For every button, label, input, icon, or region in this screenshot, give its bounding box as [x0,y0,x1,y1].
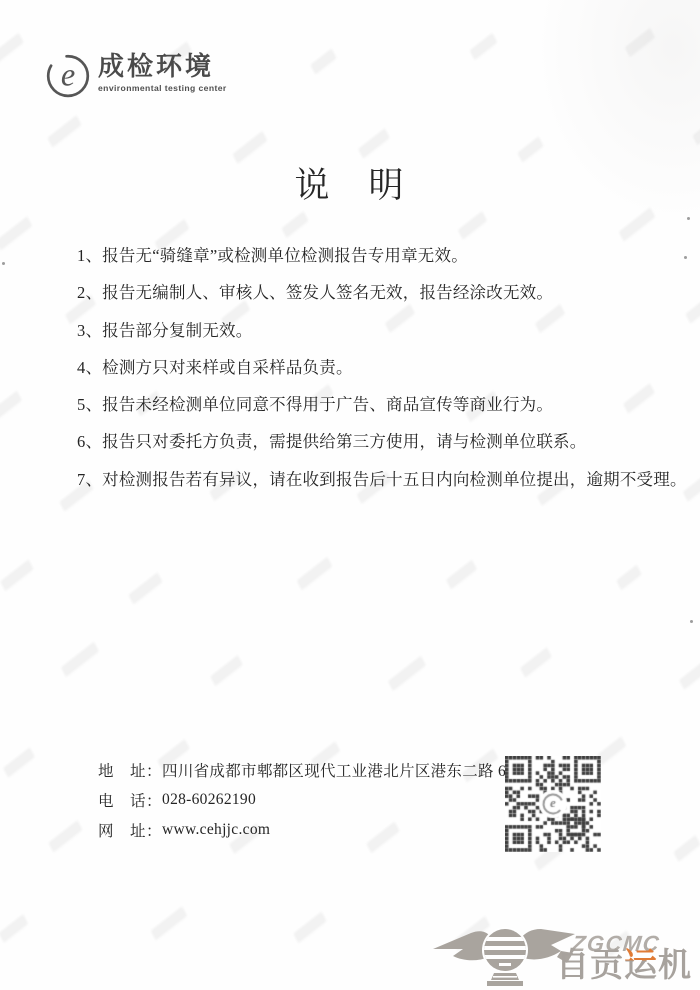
logo-subtitle: environmental testing center [98,83,227,93]
zgcmc-watermark: ZGCMC 自贡运机 [425,922,700,990]
contact-address-row: 地 址： 四川省成都市郫都区现代工业港北片区港东二路 639 号 [98,755,542,785]
scan-ghost-mark [520,647,552,678]
scan-ghost-mark [674,835,700,862]
website-label: 网 址： [98,819,162,841]
scan-ghost-mark [618,207,655,241]
scan-ghost-mark [0,914,28,943]
scan-ghost-mark [469,32,497,60]
scan-ghost-mark [358,128,390,159]
scan-ghost-mark [685,297,700,324]
note-item-1: 1、报告无“骑缝章”或检测单位检测报告专用章无效。 [77,246,657,266]
scan-ghost-mark [446,559,477,589]
scan-ghost-mark [597,736,627,765]
e-circle-icon: e [44,50,92,100]
note-item-7: 7、对检测报告若有异议，请在收到报告后十五日内向检测单位提出，逾期不受理。 [77,470,657,490]
scan-ghost-mark [0,217,33,251]
address-value: 四川省成都市郫都区现代工业港北片区港东二路 639 号 [162,759,542,781]
watermark-name-post: 机 [658,946,692,983]
svg-text:e: e [61,56,75,92]
scan-ghost-mark [150,907,186,941]
scan-ghost-mark [3,747,35,778]
scan-ghost-mark [47,115,81,147]
page-title: 说 明 [0,158,700,208]
company-logo: e 成检环境 environmental testing center [44,50,227,106]
scan-speck [2,262,5,265]
winged-winch-emblem-icon [425,925,577,987]
logo-company-name: 成检环境 [98,52,227,82]
scan-ghost-mark [128,572,162,605]
scan-speck [690,620,693,623]
qr-code [505,756,601,852]
scan-ghost-mark [458,212,487,241]
contact-block: 地 址： 四川省成都市郫都区现代工业港北片区港东二路 639 号 电 话： 02… [98,755,542,845]
scanned-report-notes-page: e 成检环境 environmental testing center 说 明 … [0,0,700,990]
scan-ghost-mark [616,565,642,591]
scan-ghost-mark [48,820,82,852]
scan-ghost-mark [293,912,326,944]
phone-label: 电 话： [98,789,162,811]
scan-ghost-mark [61,642,99,678]
watermark-company-name: 自贡运机 [556,948,692,981]
website-value: www.cehjjc.com [162,821,270,839]
scan-speck [684,256,687,259]
contact-phone-row: 电 话： 028-60262190 [98,785,542,815]
address-label: 地 址： [98,759,162,781]
scan-ghost-mark [692,120,700,146]
logo-text-block: 成检环境 environmental testing center [98,50,227,106]
scan-ghost-mark [387,656,425,691]
note-item-2: 2、报告无编制人、审核人、签发人签名无效，报告经涂改无效。 [77,283,657,303]
watermark-name-accent: 运 [624,946,658,983]
phone-value: 028-60262190 [162,791,256,809]
note-item-5: 5、报告未经检测单位同意不得用于广告、商品宣传等商业行为。 [77,395,657,415]
note-item-3: 3、报告部分复制无效。 [77,321,657,341]
scan-ghost-mark [625,28,656,58]
watermark-name-pre: 自贡 [556,946,624,983]
qr-code-block [505,756,601,852]
scan-ghost-mark [679,659,700,690]
scan-speck [687,217,690,220]
note-item-4: 4、检测方只对来样或自采样品负责。 [77,358,657,378]
scan-ghost-mark [0,390,22,420]
scan-ghost-mark [211,654,244,686]
scan-ghost-mark [310,48,337,75]
scan-ghost-mark [0,32,24,63]
notes-list: 1、报告无“骑缝章”或检测单位检测报告专用章无效。 2、报告无编制人、审核人、签… [77,246,657,507]
note-item-6: 6、报告只对委托方负责，需提供给第三方使用，请与检测单位联系。 [77,432,657,452]
scan-ghost-mark [282,211,310,238]
scan-ghost-mark [297,556,333,590]
scan-ghost-mark [0,560,33,592]
contact-website-row: 网 址： www.cehjjc.com [98,815,542,845]
